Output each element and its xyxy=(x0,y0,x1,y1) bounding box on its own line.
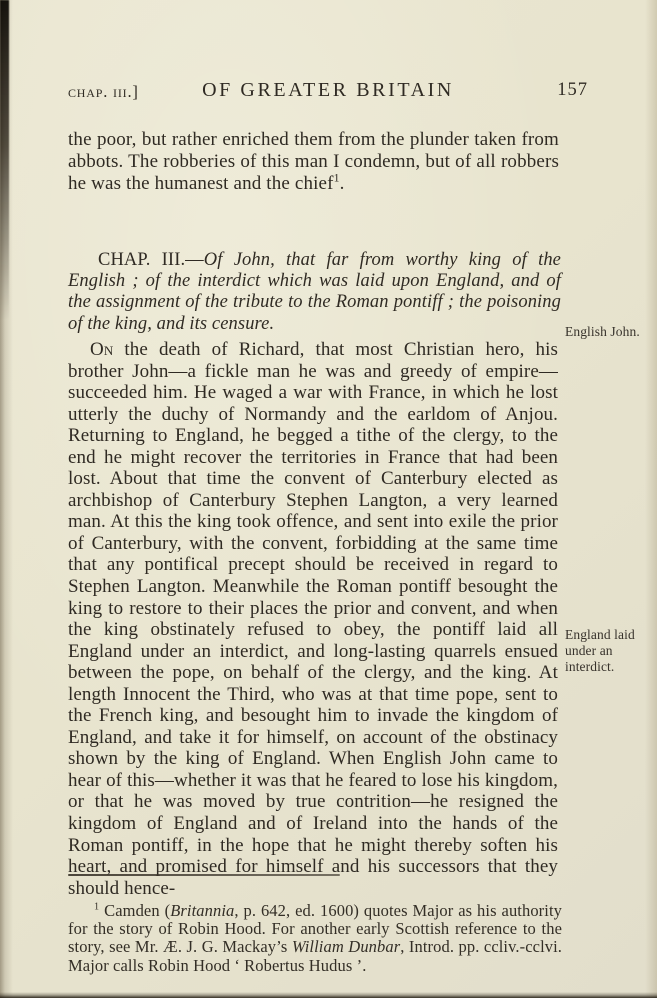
footnote-separator-rule xyxy=(68,874,340,876)
running-title: OF GREATER BRITAIN xyxy=(68,79,588,102)
scan-edge-left-dark xyxy=(0,0,9,320)
scan-edge-bottom xyxy=(0,992,657,998)
intro-paragraph-text: the poor, but rather enriched them from … xyxy=(68,129,559,194)
chapter-heading-label: CHAP. III.— xyxy=(98,250,204,270)
footnote-text-1: Camden ( xyxy=(99,901,170,920)
main-paragraph-text: the death of Richard, that most Christia… xyxy=(68,339,558,899)
footnote-italic-william-dunbar: William Dunbar xyxy=(292,937,400,956)
scan-edge-right xyxy=(645,0,657,998)
margin-note-english-john: English John. xyxy=(565,324,655,340)
intro-paragraph: the poor, but rather enriched them from … xyxy=(68,129,559,195)
chapter-heading: CHAP. III.—Of John, that far from worthy… xyxy=(68,250,561,336)
intro-paragraph-end: . xyxy=(340,173,345,194)
footnote-italic-britannia: Britannia xyxy=(170,901,234,920)
book-page-scan: chap. iii.] OF GREATER BRITAIN 157 the p… xyxy=(0,0,657,998)
main-paragraph: On the death of Richard, that most Chris… xyxy=(68,339,558,899)
page-header: chap. iii.] OF GREATER BRITAIN 157 xyxy=(68,79,588,101)
main-paragraph-lead: On xyxy=(90,339,113,360)
page-number: 157 xyxy=(557,80,588,101)
footnote: 1 Camden (Britannia, p. 642, ed. 1600) q… xyxy=(68,902,562,976)
margin-note-interdict: England laid under an interdict. xyxy=(565,627,655,675)
scan-edge-left xyxy=(0,0,16,998)
